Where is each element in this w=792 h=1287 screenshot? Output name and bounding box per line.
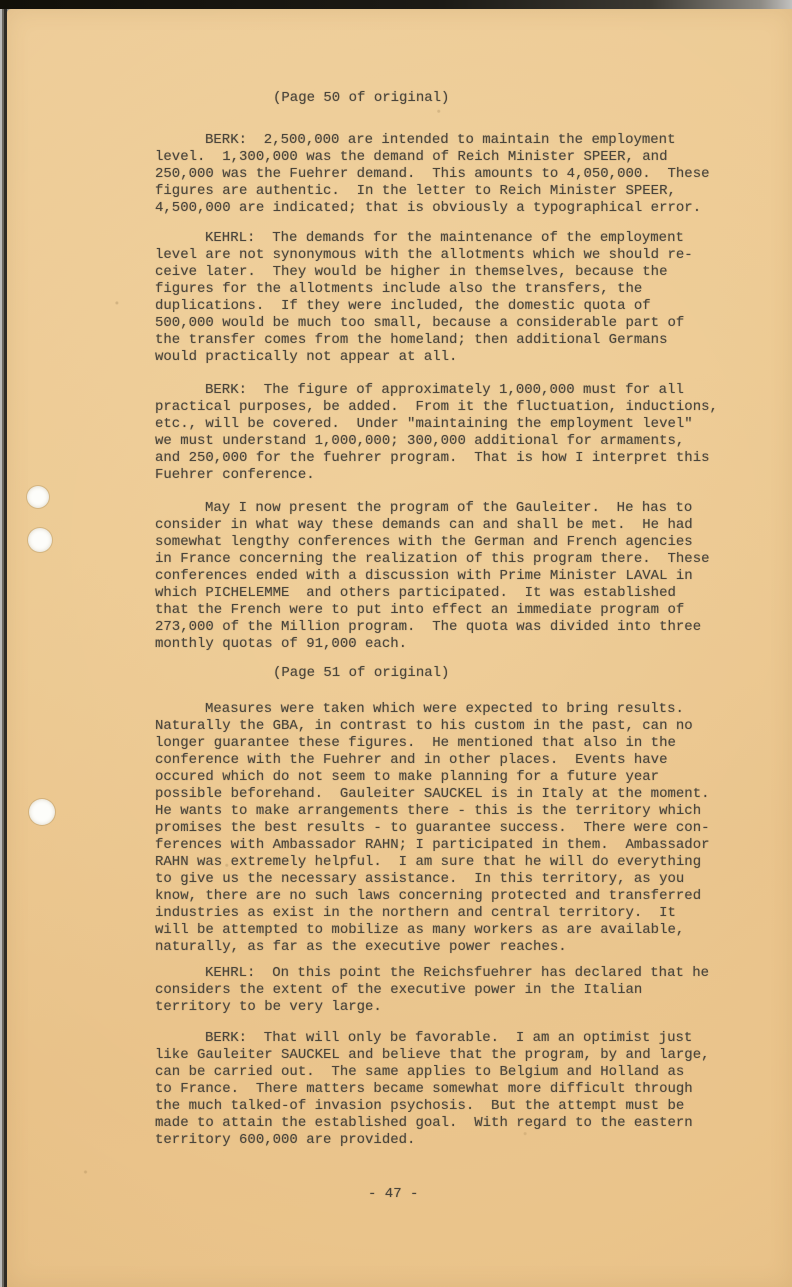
punch-hole <box>28 528 52 552</box>
paragraph: May I now present the program of the Gau… <box>155 500 755 653</box>
paragraph: BERK: 2,500,000 are intended to maintain… <box>155 132 755 217</box>
paragraph: Measures were taken which were expected … <box>155 701 755 956</box>
punch-hole <box>27 486 49 508</box>
scan-background-left-edge <box>0 0 7 1287</box>
scan-background-top-edge <box>0 0 792 9</box>
page-number: - 47 - <box>368 1186 418 1203</box>
document-body: (Page 50 of original)BERK: 2,500,000 are… <box>155 90 755 1149</box>
page-heading: (Page 51 of original) <box>273 665 755 682</box>
paragraph: BERK: That will only be favorable. I am … <box>155 1030 755 1149</box>
paragraph: BERK: The figure of approximately 1,000,… <box>155 382 755 484</box>
paragraph: KEHRL: The demands for the maintenance o… <box>155 230 755 366</box>
paragraph: KEHRL: On this point the Reichsfuehrer h… <box>155 965 755 1016</box>
page-heading: (Page 50 of original) <box>273 90 755 107</box>
punch-hole <box>29 799 55 825</box>
